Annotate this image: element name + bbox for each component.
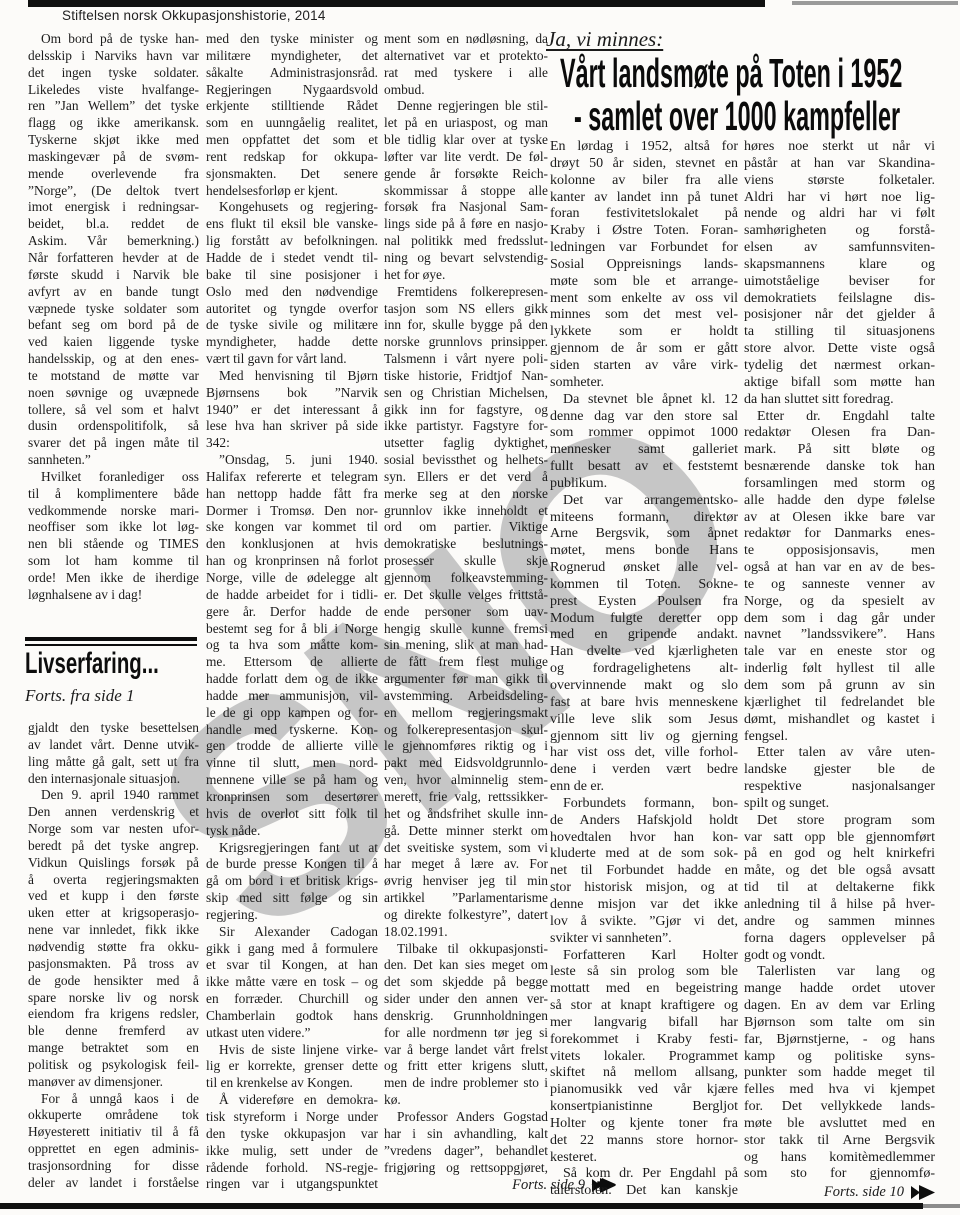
text-line: navnet ”landssvikere”. Hans: [744, 627, 935, 644]
article-column-2: med den tyske minister ogmilitære myndig…: [206, 31, 378, 1193]
text-line: ta stilling til situasjonens: [744, 324, 935, 341]
section-subheading: Forts. fra side 1: [25, 686, 135, 706]
text-line: den konklusjonen at hvis: [206, 536, 378, 553]
article-column-1-bottom: gjaldt den tyske besettelsenav landet vå…: [28, 720, 199, 1192]
text-line: gjennom sitt liv og gjerning: [550, 729, 738, 746]
text-line: Tyskerne skjøt ikke med: [28, 132, 199, 149]
text-line: stor historisk misjon, og at: [550, 880, 738, 897]
text-line: hadde mer ammunisjon, vil-: [206, 688, 378, 705]
text-line: Regjeringen Nygaardsvold: [206, 82, 378, 99]
text-line: noen søvnige og uvæpnede: [28, 385, 199, 402]
text-line: beidet, bl.a. reddet de: [28, 216, 199, 233]
text-line: ledningen var Forbundet for: [550, 240, 738, 257]
text-line: men oppfattet det som et: [206, 132, 378, 149]
bottom-scan-rule-gray: [923, 1204, 960, 1208]
text-line: en forræder. Churchill og: [206, 991, 378, 1008]
text-line: den. Det kan sies meget om: [384, 957, 548, 974]
text-line: lese hva han skriver på side: [206, 418, 378, 435]
text-line: grunnlov ikke inneholdt et: [384, 503, 548, 520]
top-scan-rule-black: [28, 0, 765, 7]
text-line: rådende forhold. NS-regje-: [206, 1160, 378, 1177]
text-line: prosesser skulle skje: [384, 553, 548, 570]
text-line: okkuperte områdene tok: [28, 1107, 199, 1124]
text-line: de gode hensikter med å: [28, 973, 199, 990]
text-line: ikke mulig, sett under de: [206, 1143, 378, 1160]
text-line: den internasjonale situasjon.: [28, 771, 199, 788]
text-line: net til Forbundet hadde en: [550, 863, 738, 880]
text-line: dene i verden vært bedre: [550, 762, 738, 779]
text-line: Rognerud ønsket alle vel-: [550, 560, 738, 577]
text-line: forna dagers opplevelser på: [744, 931, 935, 948]
archive-header: Stiftelsen norsk Okkupasjonshistorie, 20…: [62, 8, 326, 23]
text-line: å overta regjeringsmakten: [28, 872, 199, 889]
text-line: le de gi opp kampen og for-: [206, 705, 378, 722]
text-line: me. Ettersom de allierte: [206, 654, 378, 671]
text-line: såkalte Administrasjonsråd.: [206, 65, 378, 82]
text-line: sjonsmakten. Det senere: [206, 166, 378, 183]
text-line: nal politikk med fredsslut-: [384, 233, 548, 250]
text-line: Hadde de i stedet vendt til-: [206, 250, 378, 267]
text-line: hengig skulle kunne fremsi: [384, 621, 548, 638]
text-line: sannheten.”: [28, 452, 199, 469]
text-line: vedkommende norske mari-: [28, 503, 199, 520]
kicker: Ja, vi minnes:: [546, 27, 663, 52]
top-scan-rule-gray: [792, 1, 958, 5]
text-line: deler av landet i forståelse: [28, 1175, 199, 1192]
text-line: 18.02.1991.: [384, 924, 548, 941]
text-line: Hvilket foranlediger oss: [28, 469, 199, 486]
text-line: ”Norge”, (De deltok tvert: [28, 183, 199, 200]
text-line: Kraby i Østre Toten. Foran-: [550, 223, 738, 240]
text-line: Forfatteren Karl Holter: [550, 948, 738, 965]
text-line: ende personer som uav-: [384, 604, 548, 621]
text-line: møte ble avsluttet med en: [744, 1116, 935, 1133]
text-line: og fordragelighetens alt-: [550, 661, 738, 678]
text-line: punkter som hadde meget til: [744, 1065, 935, 1082]
text-line: respektive nasjonalsanger: [744, 779, 935, 796]
article-column-5: høres noe sterkt ut når vipåstår at han …: [744, 139, 935, 1183]
text-line: gjennom folkeavstemming-: [384, 570, 548, 587]
text-line: som rommer oppimot 1000: [550, 425, 738, 442]
text-line: kjærlighet til fedrelandet ble: [744, 695, 935, 712]
text-line: ved kaien liggende tyske: [28, 334, 199, 351]
text-line: argumenter før man gikk til: [384, 671, 548, 688]
text-line: tasjon som NS ellers gikk: [384, 301, 548, 318]
text-line: ble denne fremferd av: [28, 1023, 199, 1040]
text-line: som sto for gjennomfø-: [744, 1166, 935, 1183]
text-line: le gjennomføres riktig og i: [384, 738, 548, 755]
text-line: viens største folketaler.: [744, 173, 935, 190]
headline-line-2: - samlet over 1000 kampfeller: [574, 95, 908, 138]
text-line: det som skjedde på begge: [384, 974, 548, 991]
text-line: inderlig følt hyllest til alle: [744, 661, 935, 678]
text-line: skip med sitt følge og sin: [206, 890, 378, 907]
text-line: demokratiske beslutnings-: [384, 536, 548, 553]
text-line: gikk inn for fagstyre, og: [384, 402, 548, 419]
text-line: prest Eysten Poulsen fra: [550, 594, 738, 611]
text-line: lig forstått av befolkningen.: [206, 233, 378, 250]
text-line: nen bli stående og TIMES: [28, 536, 199, 553]
headline: Vårt landsmøte på Toten i 1952 - samlet …: [560, 52, 960, 138]
text-line: gende år forsøkte Reich-: [384, 166, 548, 183]
text-line: måte, og det ble også avsatt: [744, 863, 935, 880]
text-line: Tilbake til okkupasjonsti-: [384, 941, 548, 958]
text-line: bake til sine posisjoner i: [206, 267, 378, 284]
text-line: en mellom regjeringsmakt: [384, 705, 548, 722]
text-line: for. Det vellykkede lands-: [744, 1099, 935, 1116]
text-line: kolonne av biler fra alle: [550, 173, 738, 190]
text-line: Den annen verdenskrig et: [28, 804, 199, 821]
text-line: Arne Bergsvik, som åpnet: [550, 526, 738, 543]
text-line: dusin ordenspolitifolk, så: [28, 418, 199, 435]
text-line: løfter var lite verdt. De føl-: [384, 149, 548, 166]
text-line: posisjoner når det gjelder å: [744, 307, 935, 324]
text-line: leste så sin prolog som ble: [550, 964, 738, 981]
text-line: da han sluttet sitt foredrag.: [744, 392, 935, 409]
text-line: denskrig. Grunnholdningen: [384, 1008, 548, 1025]
text-line: tollere, så vel som et halvt: [28, 402, 199, 419]
text-line: kommen til Toten. Sokne-: [550, 577, 738, 594]
text-line: ske kongen var kommet til: [206, 519, 378, 536]
text-line: Den 9. april 1940 rammet: [28, 787, 199, 804]
text-line: samhørigheten og forstå-: [744, 223, 935, 240]
text-line: Talerlisten var lang og: [744, 964, 935, 981]
text-line: kø.: [384, 1092, 548, 1109]
text-line: og folkerepresentasjon skul-: [384, 722, 548, 739]
text-line: ven, hvor alminnelig stem-: [384, 772, 548, 789]
text-line: gå om bord i et britisk krigs-: [206, 873, 378, 890]
text-line: het og åndsfrihet skulle inn-: [384, 806, 548, 823]
text-line: svarer det på ingen måte til: [28, 435, 199, 452]
text-line: Askim. Vår bemerkning.): [28, 233, 199, 250]
text-line: Å videreføre en demokra-: [206, 1092, 378, 1109]
text-line: vært til gavn for vårt land.: [206, 351, 378, 368]
text-line: alle hadde den dype følelse: [744, 493, 935, 510]
text-line: mange hadde ordet utover: [744, 981, 935, 998]
text-line: Etter dr. Engdahl talte: [744, 409, 935, 426]
text-line: pasjonsmakten. På tross av: [28, 956, 199, 973]
text-line: foran festivitetslokalet på: [550, 206, 738, 223]
text-line: godt og vondt.: [744, 948, 935, 965]
text-line: siden starten av våre virk-: [550, 358, 738, 375]
text-line: neoffiser som ikke lot løg-: [28, 519, 199, 536]
text-line: Med henvisning til Bjørn: [206, 368, 378, 385]
text-line: artikkel ”Parlamentarisme: [384, 890, 548, 907]
text-line: Sosial Oppreisnings lands-: [550, 257, 738, 274]
text-line: sen og Christian Michelsen,: [384, 385, 548, 402]
text-line: opprettet en egen adminis-: [28, 1141, 199, 1158]
text-line: ”Onsdag, 5. juni 1940.: [206, 452, 378, 469]
text-line: Halifax refererte et telegram: [206, 469, 378, 486]
text-line: Hvis de siste linjene virke-: [206, 1042, 378, 1059]
text-line: spare norske liv og norsk: [28, 990, 199, 1007]
text-line: redaktør for Danmarks enes-: [744, 526, 935, 543]
text-line: stor takk til Arne Bergsvik: [744, 1133, 935, 1150]
text-line: pakt med Eidsvoldgrunnlo-: [384, 755, 548, 772]
text-line: ment som enkelte av oss vil: [550, 291, 738, 308]
text-line: politisk og psykologisk feil-: [28, 1057, 199, 1074]
text-line: så stor at knapt kraftigere og: [550, 998, 738, 1015]
scanned-newspaper-page: Stiftelsen norsk Okkupasjonshistorie, 20…: [0, 0, 960, 1215]
text-line: Når forfatteren hevder at de: [28, 250, 199, 267]
text-line: Krigsregjeringen fant ut at: [206, 840, 378, 857]
text-line: Bjørnsens bok ”Narvik: [206, 385, 378, 402]
text-line: nødvendig støtte fra okku-: [28, 939, 199, 956]
text-line: alternativet var et protekto-: [384, 48, 548, 65]
text-line: lings side på å føre en nasjo-: [384, 216, 548, 233]
text-line: te motstand de møtte var: [28, 368, 199, 385]
text-line: nende og aldri har vi følt: [744, 206, 935, 223]
text-line: har i sin avhandling, kalt: [384, 1126, 548, 1143]
text-line: og direkte folkestyre”, datert: [384, 907, 548, 924]
text-line: de fått frem flest mulige: [384, 654, 548, 671]
text-line: miteens formann, direktør: [550, 510, 738, 527]
text-line: tysk nåde.: [206, 823, 378, 840]
text-line: regjering.: [206, 907, 378, 924]
text-line: væpnede tyske soldater som: [28, 301, 199, 318]
text-line: militære myndigheter, det: [206, 48, 378, 65]
text-line: forsamlingen med storm og: [744, 476, 935, 493]
text-line: og ta hva som måtte kom-: [206, 637, 378, 654]
text-line: dømt, mishandlet og kastet i: [744, 712, 935, 729]
text-line: kronprinsen som desertører: [206, 789, 378, 806]
text-line: men de indre problemer sto i: [384, 1075, 548, 1092]
text-line: Fremtidens folkerepresen-: [384, 284, 548, 301]
text-line: øvrig henviser jeg til min: [384, 873, 548, 890]
text-line: aktige bifall som møtte han: [744, 375, 935, 392]
text-line: av at Olesen ikke bare var: [744, 510, 935, 527]
text-line: Høyesterett initiativ til å få: [28, 1124, 199, 1141]
text-line: kanter av landet inn på tunet: [550, 190, 738, 207]
text-line: fengsel.: [744, 729, 935, 746]
text-line: rat med tyskere i alle: [384, 65, 548, 82]
text-line: merke seg at den norske: [384, 486, 548, 503]
text-line: sin mening, slik at man had-: [384, 637, 548, 654]
text-line: far, Bjørnstjerne, - og hans: [744, 1032, 935, 1049]
text-line: ikke måtte være en tosk – og: [206, 974, 378, 991]
text-line: felles med hva vi kjempet: [744, 1082, 935, 1099]
text-line: hovedtalen hvor han kon-: [550, 830, 738, 847]
text-line: lov å svikte. ”Gjør vi det,: [550, 914, 738, 931]
text-line: minnes som det mest vel-: [550, 307, 738, 324]
text-line: ”vredens dager”, behandlet: [384, 1143, 548, 1160]
text-line: norske grunnlovs prinsipper.: [384, 334, 548, 351]
text-line: mer langvarig bifall har: [550, 1015, 738, 1032]
text-line: orde! Men ikke de iherdige: [28, 570, 199, 587]
text-line: tydelig det nærmest orkan-: [744, 358, 935, 375]
text-line: avfyrt av en bande tungt: [28, 284, 199, 301]
section-heading: Livserfaring...: [25, 646, 159, 682]
text-line: besnærende danske tok han: [744, 459, 935, 476]
text-line: tisk styreform i Norge under: [206, 1109, 378, 1126]
text-line: hendelsesforløp er kjent.: [206, 183, 378, 200]
text-line: det 22 manns store hornor-: [550, 1133, 738, 1150]
text-line: andre og sammen minnes: [744, 914, 935, 931]
text-line: fast at bare hvis menneskene: [550, 695, 738, 712]
text-line: gikk i gang med å formulere: [206, 941, 378, 958]
text-line: svikter vi sannheten”.: [550, 931, 738, 948]
text-line: gere år. Derfor hadde de: [206, 604, 378, 621]
text-line: te og sanneste venner av: [744, 577, 935, 594]
text-line: overvinnende makt og slo: [550, 678, 738, 695]
text-line: Bjørnson som talte om sin: [744, 1015, 935, 1032]
text-line: ville leve slik som Jesus: [550, 712, 738, 729]
text-line: mende overlevende fra: [28, 166, 199, 183]
text-line: med den tyske minister og: [206, 31, 378, 48]
text-line: manøver av dimensjoner.: [28, 1074, 199, 1091]
text-line: det sveitiske system, som vi: [384, 840, 548, 857]
text-line: Kongehusets og regjering-: [206, 199, 378, 216]
text-line: konsertpianistinne Bergljot: [550, 1099, 738, 1116]
text-line: maskingevær på de svøm-: [28, 149, 199, 166]
text-line: En lørdag i 1952, altså for: [550, 139, 738, 156]
text-line: et svar til Kongen, at han: [206, 957, 378, 974]
text-line: kesteret.: [550, 1150, 738, 1167]
text-line: Sir Alexander Cadogan: [206, 924, 378, 941]
text-line: avstemming. Arbeidsdeling-: [384, 688, 548, 705]
text-line: var satt opp ble gjennomført: [744, 830, 935, 847]
text-line: lykkete som er holdt: [550, 324, 738, 341]
text-line: anledning til å hilse på hver-: [744, 897, 935, 914]
text-line: ment som en nødløsning, da: [384, 31, 548, 48]
text-line: de tyske sivile og militære: [206, 317, 378, 334]
text-line: av landet vårt. Denne utvik-: [28, 737, 199, 754]
text-line: påstår at han var Skandina-: [744, 156, 935, 173]
text-line: handelsskip, og at den enes-: [28, 351, 199, 368]
text-line: bestemt seg for å bli i Norge: [206, 621, 378, 638]
text-line: ikke partistyr. Fagstyre for-: [384, 418, 548, 435]
text-line: forsøk fra Nasjonal Sam-: [384, 199, 548, 216]
text-line: flagg og ikke amerikansk.: [28, 115, 199, 132]
text-line: Han dvelte ved kjærligheten: [550, 644, 738, 661]
text-line: Talsmenn i vårt nyere poli-: [384, 351, 548, 368]
text-line: ling måtte gå galt, sett ut fra: [28, 754, 199, 771]
text-line: pianomusikk ved vår kjære: [550, 1082, 738, 1099]
text-line: sosial bevissthet og helhets-: [384, 452, 548, 469]
text-line: han nettopp hadde fått fra: [206, 486, 378, 503]
text-line: Likeledes viste hvalfange-: [28, 82, 199, 99]
text-line: mennesker samt galleriet: [550, 442, 738, 459]
text-line: gå. Dette minner sterkt om: [384, 823, 548, 840]
text-line: Aldri har vi hørt noe lig-: [744, 190, 935, 207]
text-line: Forbundets formann, bon-: [550, 796, 738, 813]
text-line: ringen var i utgangspunktet: [206, 1176, 378, 1193]
text-line: skommissar å stoppe alle: [384, 183, 548, 200]
text-line: vitets lokaler. Programmet: [550, 1049, 738, 1066]
text-line: kamp og politiske syns-: [744, 1049, 935, 1066]
text-line: lig er korrekte, grenser dette: [206, 1058, 378, 1075]
text-line: sider under den annen ver-: [384, 991, 548, 1008]
text-line: ombud.: [384, 82, 548, 99]
text-line: eiendom fra krigens redsler,: [28, 1006, 199, 1023]
text-line: Norge, og da spesielt av: [744, 594, 935, 611]
text-line: til å komplimentere både: [28, 486, 199, 503]
text-line: utsetter faglig dyktighet,: [384, 435, 548, 452]
text-line: på en god og helt knirkefri: [744, 846, 935, 863]
text-line: mennene ville se på ham og: [206, 772, 378, 789]
text-line: utkast uten videre.”: [206, 1025, 378, 1042]
text-line: Denne regjeringen ble stil-: [384, 98, 548, 115]
text-line: og fritt etter krigens slutt,: [384, 1058, 548, 1075]
text-line: gen trodde de allierte ville: [206, 738, 378, 755]
text-line: spilt og sunget.: [744, 796, 935, 813]
text-line: tiske historie, Fridtjof Nan-: [384, 368, 548, 385]
text-line: mark. På sitt bløte og: [744, 442, 935, 459]
text-line: elsen av samfunnsviten-: [744, 240, 935, 257]
text-line: forekommet i Kraby festi-: [550, 1032, 738, 1049]
text-line: talerstolen. Det kan kanskje: [550, 1183, 738, 1200]
text-line: mottatt med en begeistring: [550, 981, 738, 998]
text-line: de burde presse Kongen til å: [206, 856, 378, 873]
text-line: uken etter at krigsoperasjo-: [28, 905, 199, 922]
text-line: er. Det skulle velges frittstå-: [384, 587, 548, 604]
text-line: ble tidlig klar over at tyske: [384, 132, 548, 149]
text-line: gjaldt den tyske besettelsen: [28, 720, 199, 737]
text-line: ning og bevart selvstendig-: [384, 250, 548, 267]
text-line: store alvor. Dette viste også: [744, 341, 935, 358]
text-line: ord om partier. Viktige: [384, 519, 548, 536]
text-line: Dormer i Tromsø. Den nor-: [206, 503, 378, 520]
text-line: det ingen tyske soldater.: [28, 65, 199, 82]
text-line: ren ”Jan Wellem” det tyske: [28, 98, 199, 115]
text-line: møte som ble et arrange-: [550, 274, 738, 291]
text-line: for alle nordmenn tør jeg si: [384, 1025, 548, 1042]
text-line: vinne til slutt, men nord-: [206, 755, 378, 772]
text-line: denne misjon var det ikke: [550, 897, 738, 914]
text-line: dagen. En av dem var Erling: [744, 998, 935, 1015]
text-line: og hans komitèmedlemmer: [744, 1150, 935, 1167]
text-line: gjennom de år som er gått: [550, 341, 738, 358]
text-line: Det var arrangementsko-: [550, 493, 738, 510]
text-line: var å berge landet vårt frelst: [384, 1042, 548, 1059]
text-line: ens flukt til eksil ble vanske-: [206, 216, 378, 233]
bottom-scan-rule-black: [0, 1203, 923, 1209]
text-line: Om bord på de tyske han-: [28, 31, 199, 48]
text-line: løgnhalsene av i dag!: [28, 587, 199, 604]
text-line: som lot ham komme til: [28, 553, 199, 570]
text-line: het for øye.: [384, 267, 548, 284]
text-line: Så kom dr. Per Engdahl på: [550, 1166, 738, 1183]
article-column-1-top: Om bord på de tyske han-delsskip i Narvi…: [28, 31, 199, 604]
text-line: også at han var en av de bes-: [744, 560, 935, 577]
text-line: For å unngå kaos i de: [28, 1091, 199, 1108]
text-line: Holter og kjente toner fra: [550, 1116, 738, 1133]
text-line: kluderte med at de som sok-: [550, 846, 738, 863]
text-line: demokratiets feilslagne dis-: [744, 291, 935, 308]
text-line: autoritet og tyngde overfor: [206, 301, 378, 318]
continuation-label: Forts. side 10: [824, 1184, 904, 1201]
text-line: handle med tyskerne. Kon-: [206, 722, 378, 739]
article-column-4: En lørdag i 1952, altså fordrøyt 50 år s…: [550, 139, 738, 1200]
text-line: fullt besatt av et feststemt: [550, 459, 738, 476]
text-line: frigjøring og rettsoppgjøret,: [384, 1160, 548, 1177]
text-line: Chamberlain godtok hans: [206, 1008, 378, 1025]
text-line: let på en uriaspost, og man: [384, 115, 548, 132]
text-line: hadde forlatt dem og de ikke: [206, 671, 378, 688]
text-line: har meget å lære av. For: [384, 856, 548, 873]
text-line: har vist oss det, ville forhol-: [550, 745, 738, 762]
text-line: Modum fulgte deretter opp: [550, 611, 738, 628]
text-line: Oslo med den nødvendige: [206, 284, 378, 301]
text-line: beredt på det tyske angrep.: [28, 838, 199, 855]
text-line: skapsmannens klare og: [744, 257, 935, 274]
text-line: publikum.: [550, 476, 738, 493]
text-line: de hadde arbeidet for i tidli-: [206, 587, 378, 604]
text-line: delsskip i Narviks havn var: [28, 48, 199, 65]
text-line: 1940” er det interessant å: [206, 402, 378, 419]
text-line: Da stevnet ble åpnet kl. 12: [550, 392, 738, 409]
article-column-3: ment som en nødløsning, daalternativet v…: [384, 31, 548, 1176]
